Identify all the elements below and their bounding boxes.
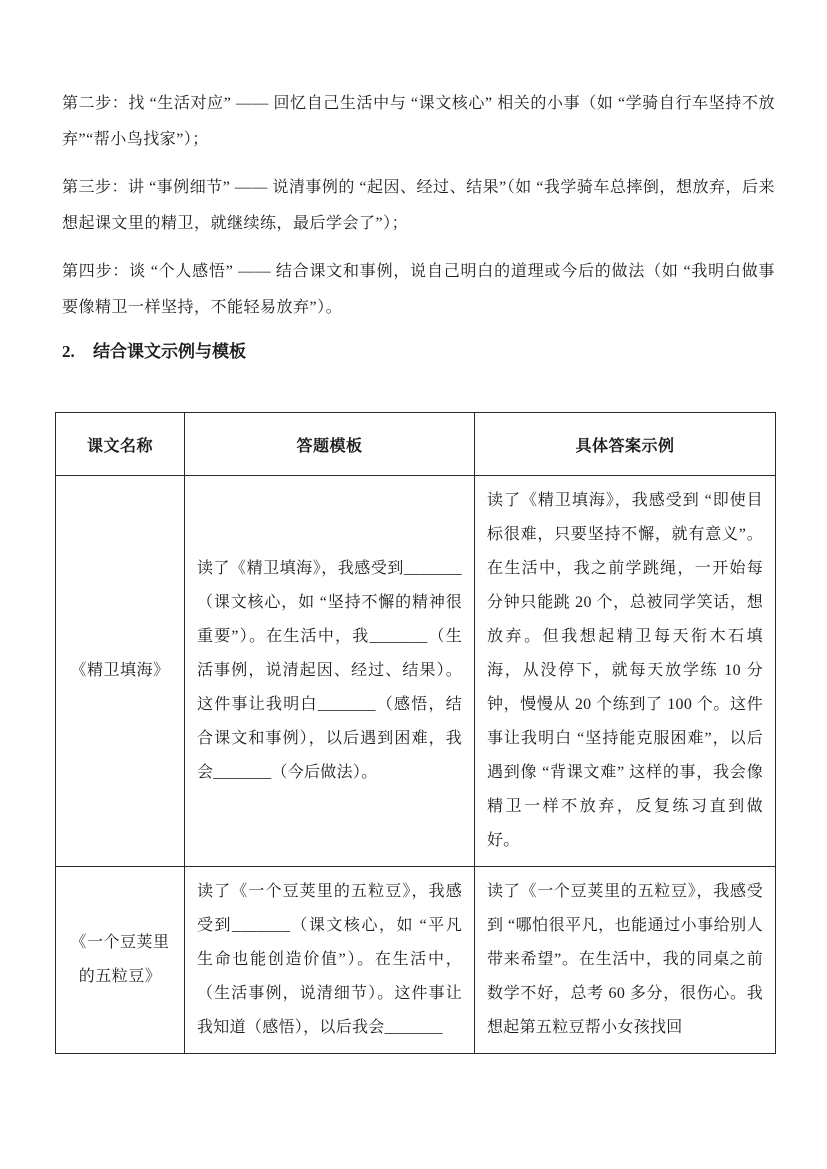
paragraph-step-2: 第二步：找 “生活对应” —— 回忆自己生活中与 “课文核心” 相关的小事（如 … xyxy=(62,86,775,158)
example-text-jingwei: 读了《精卫填海》，我感受到 “即使目标很难，只要坚持不懈，就有意义”。在生活中，… xyxy=(475,476,776,867)
table-header-row: 课文名称 答题模板 具体答案示例 xyxy=(56,413,776,476)
example-text-peas: 读了《一个豆荚里的五粒豆》，我感受到 “哪怕很平凡，也能通过小事给别人带来希望”… xyxy=(475,867,776,1054)
table-row-peas: 《一个豆荚里的五粒豆》 读了《一个豆荚里的五粒豆》，我感受到_______（课文… xyxy=(56,867,776,1054)
table-row-jingwei: 《精卫填海》 读了《精卫填海》，我感受到_______（课文核心，如 “坚持不懈… xyxy=(56,476,776,867)
template-text-peas: 读了《一个豆荚里的五粒豆》，我感受到_______（课文核心，如 “平凡生命也能… xyxy=(185,867,475,1054)
lesson-title-peas: 《一个豆荚里的五粒豆》 xyxy=(56,867,185,1054)
paragraph-step-3: 第三步：讲 “事例细节” —— 说清事例的 “起因、经过、结果”（如 “我学骑车… xyxy=(62,170,775,242)
lesson-title-jingwei: 《精卫填海》 xyxy=(56,476,185,867)
header-lesson-name: 课文名称 xyxy=(56,413,185,476)
document-content: 第二步：找 “生活对应” —— 回忆自己生活中与 “课文核心” 相关的小事（如 … xyxy=(0,0,827,1054)
section-number: 2. xyxy=(62,342,75,361)
answer-template-table: 课文名称 答题模板 具体答案示例 《精卫填海》 读了《精卫填海》，我感受到___… xyxy=(55,412,776,1054)
section-title: 结合课文示例与模板 xyxy=(93,342,246,361)
header-answer-template: 答题模板 xyxy=(185,413,475,476)
document-page: 第二步：找 “生活对应” —— 回忆自己生活中与 “课文核心” 相关的小事（如 … xyxy=(0,0,827,1169)
template-text-jingwei: 读了《精卫填海》，我感受到_______（课文核心，如 “坚持不懈的精神很重要”… xyxy=(185,476,475,867)
section-heading: 2. 结合课文示例与模板 xyxy=(62,338,775,366)
table-container: 课文名称 答题模板 具体答案示例 《精卫填海》 读了《精卫填海》，我感受到___… xyxy=(55,412,775,1054)
header-answer-example: 具体答案示例 xyxy=(475,413,776,476)
paragraph-step-4: 第四步：谈 “个人感悟” —— 结合课文和事例，说自己明白的道理或今后的做法（如… xyxy=(62,254,775,326)
